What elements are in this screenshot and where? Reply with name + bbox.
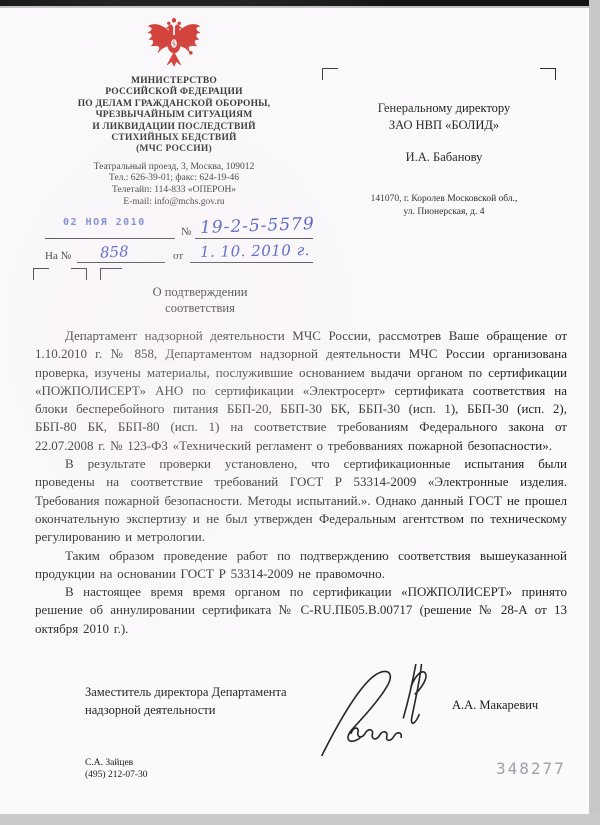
letter-body: Департамент надзорной деятельности МЧС Р… [35,327,567,638]
body-paragraph-4: В настоящее время время органом по серти… [35,583,567,638]
ministry-postal-address: Театральный проезд, 3, Москва, 109012 [33,162,315,174]
number-label: № [181,226,192,238]
body-paragraph-2: В результате проверки установлено, что с… [35,455,567,546]
subject-line1: О подтверждении [128,285,272,301]
outgoing-number-row: 02 НОЯ 2010 № 19-2-5-5579 [45,224,313,240]
ministry-line: ЧРЕЗВЫЧАЙНЫМ СИТУАЦИЯМ [33,110,315,121]
scan-bottom-edge [0,814,600,825]
ministry-line: (МЧС РОССИИ) [33,144,315,155]
subject-line2: соответствия [128,301,272,317]
handwritten-signature [310,664,436,756]
form-corner-mark-middle [71,268,87,280]
executor-name: С.А. Зайцев [85,757,148,769]
executor-phone: (495) 212-07-30 [85,769,148,781]
recipient-person-name: И.А. Бабанову [330,150,558,165]
signer-position: Заместитель директора Департамента надзо… [85,684,345,719]
ministry-line: И ЛИКВИДАЦИИ ПОСЛЕДСТВИЙ [33,122,315,133]
scanned-letter-page: { "colors": { "emblem_red": "#cf3028", "… [0,0,600,825]
recipient-title-line: Генеральному директору [330,100,558,117]
body-paragraph-3: Таким образом проведение работ по подтве… [35,547,567,584]
handwritten-reference-date: 1. 10. 2010 г. [200,241,310,261]
ministry-line: МИНИСТЕРСТВО [33,76,315,87]
form-corner-mark-left [33,268,49,280]
reference-number-row: На № 858 от 1. 10. 2010 г. [45,248,313,264]
ministry-line: СТИХИЙНЫХ БЕДСТВИЙ [33,133,315,144]
ministry-teletype: Телетайп: 114-833 «ОПЕРОН» [33,185,315,197]
coat-of-arms-eagle-icon [145,16,203,70]
handwritten-outgoing-number: 19-2-5-5579 [200,214,315,238]
document-serial-number: 348277 [496,759,566,778]
body-paragraph-1: Департамент надзорной деятельности МЧС Р… [35,327,567,455]
ministry-name-block: МИНИСТЕРСТВО РОССИЙСКОЙ ФЕДЕРАЦИИ ПО ДЕЛ… [33,76,315,156]
incoming-date-stamp: 02 НОЯ 2010 [63,217,146,228]
ministry-phone: Тел.: 626-39-01; факс: 624-19-46 [33,173,315,185]
address-zone-corner-mark-left [322,68,338,80]
recipient-org-line: ЗАО НВП «БОЛИД» [330,117,558,134]
ministry-line: ПО ДЕЛАМ ГРАЖДАНСКОЙ ОБОРОНЫ, [33,99,315,110]
reference-date-label: от [173,250,183,262]
letterhead-left-column: МИНИСТЕРСТВО РОССИЙСКОЙ ФЕДЕРАЦИИ ПО ДЕЛ… [33,14,315,208]
address-zone-corner-mark-right [540,68,556,80]
ministry-contact-block: Театральный проезд, 3, Москва, 109012 Те… [33,162,315,208]
recipient-address-line1: 141070, г. Королев Московской обл., [330,193,558,206]
scan-right-edge [589,0,600,825]
form-corner-mark-right [100,268,122,280]
reference-label: На № [45,250,71,262]
emblem-wrap [33,14,315,72]
signer-name: А.А. Макаревич [452,698,538,713]
recipient-block: Генеральному директору ЗАО НВП «БОЛИД» И… [330,100,558,219]
ministry-email: E-mail: info@mchs.gov.ru [33,197,315,209]
handwritten-reference-number: 858 [100,242,130,261]
scan-top-edge-shadow [0,6,600,8]
executor-block: С.А. Зайцев (495) 212-07-30 [85,757,148,781]
recipient-address-line2: ул. Пионерская, д. 4 [330,206,558,219]
ministry-line: РОССИЙСКОЙ ФЕДЕРАЦИИ [33,87,315,98]
recipient-address: 141070, г. Королев Московской обл., ул. … [330,193,558,219]
letter-subject: О подтверждении соответствия [128,285,272,316]
signer-position-line2: надзорной деятельности [85,702,345,720]
signer-position-line1: Заместитель директора Департамента [85,684,345,702]
